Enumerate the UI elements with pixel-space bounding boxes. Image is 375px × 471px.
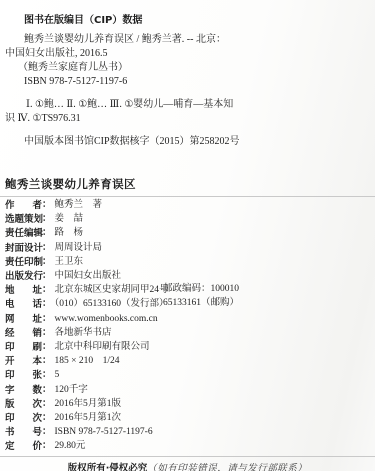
colophon-label: 出版发行: [5, 270, 42, 283]
colophon-row-edition: 版次：2016年5月第1版: [0, 397, 375, 411]
colophon-colon: ：: [42, 341, 52, 352]
colophon-label: 电话: [5, 298, 42, 311]
colophon-value: 姜 喆: [55, 214, 84, 224]
colophon-row-print-supervisor: 责任印制：王卫东: [0, 255, 375, 269]
colophon-phone-2: 65133161（邮购）: [163, 297, 239, 310]
colophon-value: 鲍秀兰 著: [55, 200, 103, 210]
colophon-value: 中国妇女出版社: [55, 271, 122, 281]
book-title: 鲍秀兰谈婴幼儿养育误区: [0, 176, 375, 197]
colophon-website-url: www.womenbooks.com.cn: [55, 314, 158, 324]
colophon-label: 字数: [5, 384, 42, 397]
colophon-colon: ：: [42, 242, 52, 253]
colophon-label: 定价: [5, 440, 42, 453]
cip-classification-line-2: 识 Ⅳ. ①TS976.31: [5, 112, 367, 126]
colophon-colon: ：: [42, 440, 52, 451]
colophon-row-sheets: 印张：5: [0, 368, 375, 382]
colophon-row-price: 定价：29.80元: [0, 439, 375, 453]
colophon-label: 印张: [5, 369, 42, 382]
colophon-row-isbn: 书号：ISBN 978-7-5127-1197-6: [0, 425, 375, 439]
colophon-label: 印刷: [5, 341, 42, 354]
colophon-label: 印次: [5, 412, 42, 425]
colophon-label: 作者: [5, 199, 42, 212]
colophon-colon: ：: [42, 213, 52, 224]
cip-data-block: 图书在版编目（CIP）数据 鲍秀兰谈婴幼儿养育误区 / 鲍秀兰著. -- 北京：…: [0, 0, 375, 149]
colophon-label: 地址: [5, 284, 42, 297]
colophon-colon: ：: [42, 284, 52, 295]
colophon-value: 185 × 210 1/24: [55, 356, 120, 366]
colophon-colon: ：: [42, 369, 52, 380]
copyright-notice-main: 版权所有·侵权必究: [68, 463, 148, 471]
colophon-colon: ：: [42, 313, 52, 324]
colophon-row-distributor: 经销：各地新华书店: [0, 326, 375, 340]
copyright-notice-detail: （如有印装错误，请与发行部联系）: [147, 464, 307, 471]
colophon-value: 2016年5月第1次: [55, 413, 122, 423]
colophon-value: 29.80元: [55, 441, 86, 451]
colophon-colon: ：: [42, 355, 52, 366]
colophon-colon: ：: [42, 270, 52, 281]
colophon-label: 封面设计: [5, 242, 42, 255]
colophon-colon: ：: [42, 327, 52, 338]
colophon-value: 各地新华书店: [55, 328, 112, 338]
colophon-row-author: 作者：鲍秀兰 著: [0, 198, 375, 212]
colophon-row-format: 开本：185 × 210 1/24: [0, 354, 375, 368]
cip-isbn-line: ISBN 978-7-5127-1197-6: [5, 75, 367, 89]
colophon-row-printer: 印刷：北京中科印刷有限公司: [0, 340, 375, 354]
colophon-row-word-count: 字数：120千字: [0, 383, 375, 397]
copyright-notice: 版权所有·侵权必究（如有印装错误，请与发行部联系）: [0, 462, 375, 471]
colophon-colon: ：: [42, 256, 52, 267]
cip-classification-line-1: Ⅰ. ①鲍… Ⅱ. ①鲍… Ⅲ. ①婴幼儿—哺育—基本知: [5, 98, 367, 112]
colophon-label: 版次: [5, 398, 42, 411]
colophon-label: 责任印制: [5, 256, 42, 269]
colophon-row-cover-design: 封面设计：周周设计局: [0, 241, 375, 255]
colophon-row-planner: 选题策划：姜 喆: [0, 212, 375, 226]
colophon-value: 王卫东: [55, 257, 84, 267]
colophon-postcode: 邮政编码：100010: [163, 283, 239, 296]
colophon-value: ISBN 978-7-5127-1197-6: [55, 427, 153, 437]
colophon-colon: ：: [42, 398, 52, 409]
colophon-value: （010）65133160（发行部）: [55, 299, 169, 309]
colophon-label: 书号: [5, 426, 42, 439]
cip-record-number-line: 中国版本图书馆CIP数据核字（2015）第258202号: [5, 135, 367, 149]
colophon-value: 周周设计局: [55, 243, 103, 253]
colophon-row-phone: 电话：（010）65133160（发行部）65133161（邮购）: [0, 297, 375, 311]
cip-heading: 图书在版编目（CIP）数据: [5, 14, 367, 28]
colophon-colon: ：: [42, 384, 52, 395]
colophon-value: 120千字: [55, 385, 88, 395]
colophon-value: 5: [55, 370, 60, 380]
colophon-label: 网址: [5, 313, 42, 326]
colophon-row-website: 网址：www.womenbooks.com.cn: [0, 312, 375, 326]
colophon-row-address: 地址：北京东城区史家胡同甲24号邮政编码：100010: [0, 283, 375, 297]
colophon-value: 北京东城区史家胡同甲24号: [55, 285, 169, 295]
colophon-colon: ：: [42, 227, 52, 238]
colophon-value: 2016年5月第1版: [55, 399, 122, 409]
colophon-value: 路 杨: [55, 228, 84, 238]
colophon-label: 责任编辑: [5, 227, 42, 240]
footer-divider: [0, 456, 375, 457]
colophon-value: 北京中科印刷有限公司: [55, 342, 150, 352]
colophon-label: 经销: [5, 327, 42, 340]
colophon-row-publisher: 出版发行：中国妇女出版社: [0, 269, 375, 283]
colophon-row-editor: 责任编辑：路 杨: [0, 226, 375, 240]
colophon-label: 选题策划: [5, 213, 42, 226]
colophon-row-impression: 印次：2016年5月第1次: [0, 411, 375, 425]
colophon-colon: ：: [42, 412, 52, 423]
copyright-page: 图书在版编目（CIP）数据 鲍秀兰谈婴幼儿养育误区 / 鲍秀兰著. -- 北京：…: [0, 0, 375, 471]
cip-publisher-line: 中国妇女出版社, 2016.5: [5, 47, 367, 61]
colophon-colon: ：: [42, 426, 52, 437]
colophon-colon: ：: [42, 298, 52, 309]
colophon-colon: ：: [42, 199, 52, 210]
cip-title-line: 鲍秀兰谈婴幼儿养育误区 / 鲍秀兰著. -- 北京：: [5, 33, 367, 47]
cip-series-line: （鲍秀兰家庭育儿丛书）: [5, 61, 367, 75]
colophon-label: 开本: [5, 355, 42, 368]
colophon: 作者：鲍秀兰 著 选题策划：姜 喆 责任编辑：路 杨 封面设计：周周设计局 责任…: [0, 198, 375, 454]
